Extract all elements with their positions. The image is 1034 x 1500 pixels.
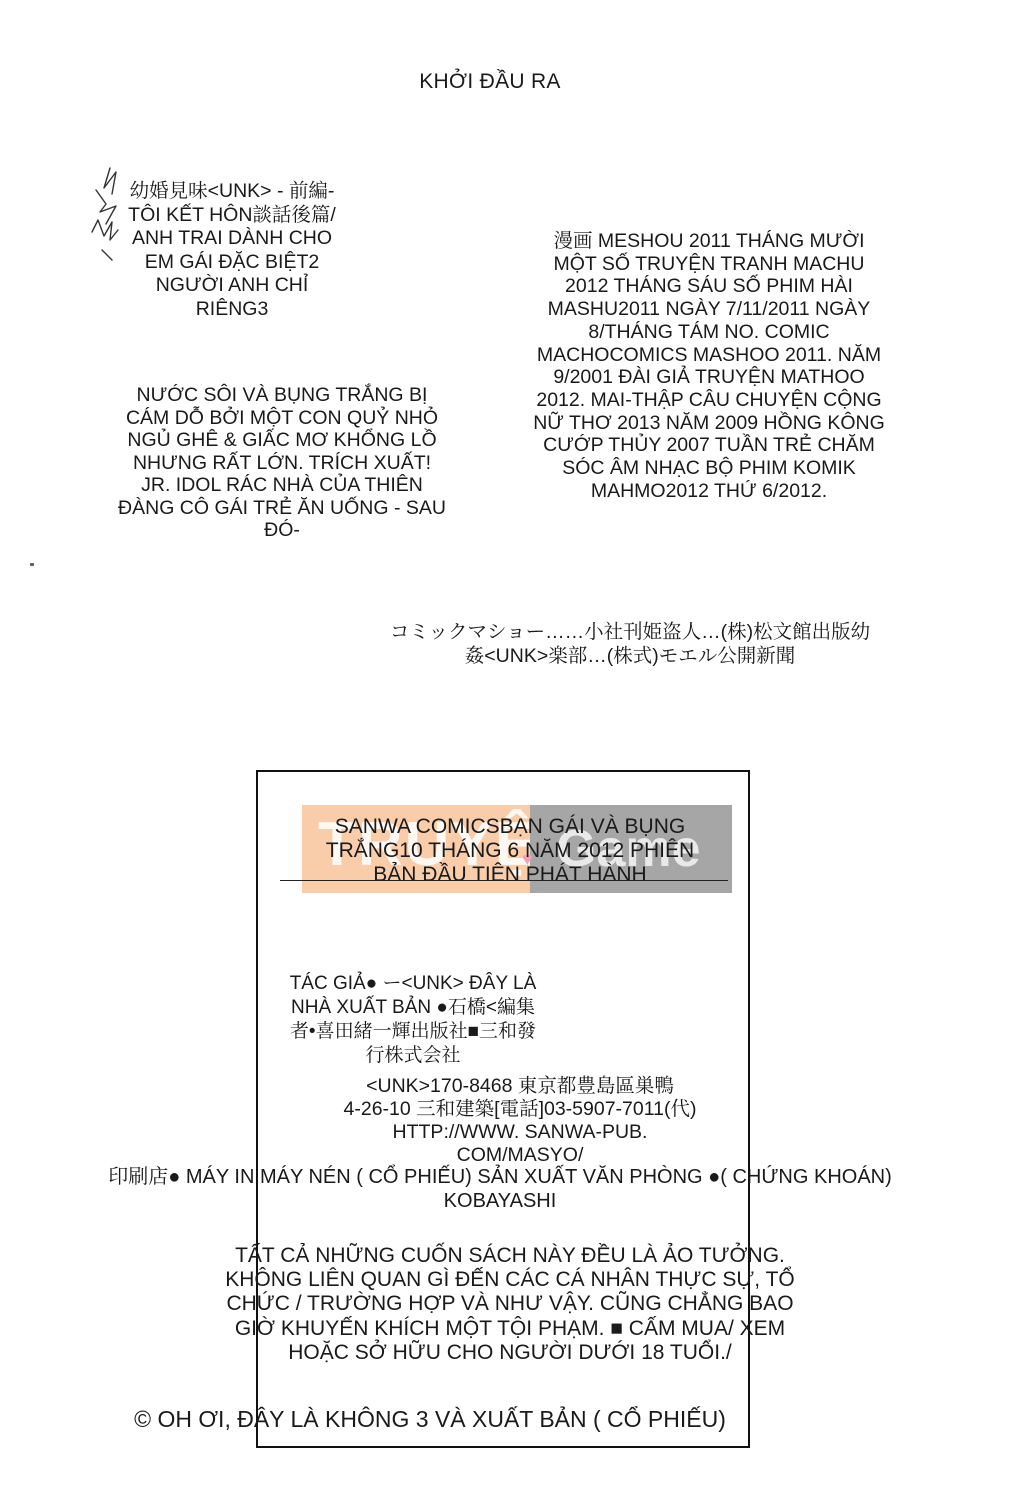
text-line: CHỨC / TRƯỜNG HỢP VÀ NHƯ VẬY. CŨNG CHẲNG… bbox=[180, 1292, 840, 1316]
text-line: RIÊNG3 bbox=[92, 298, 372, 322]
japanese-credits-block: コミックマショー……小社刊姫盗人…(株)松文館出版幼 姦<UNK>楽部…(株式)… bbox=[330, 620, 930, 668]
printer-credits: 印刷店● MÁY IN MÁY NÉN ( CỔ PHIẾU) SẢN XUẤT… bbox=[20, 1165, 980, 1213]
publication-history-block: 漫画 MESHOU 2011 THÁNG MƯỜI MỘT SỐ TRUYỆN … bbox=[494, 230, 924, 502]
text-line: NỮ THƠ 2013 NĂM 2009 HỒNG KÔNG bbox=[494, 412, 924, 435]
text-line: NHÀ XUẤT BẢN ●石橋<編集 bbox=[258, 996, 568, 1020]
publisher-address: <UNK>170-8468 東京都豊島區巣鴨 4-26-10 三和建築[電話]0… bbox=[300, 1075, 740, 1167]
text-line: SANWA COMICSBẠN GÁI VÀ BỤNG bbox=[280, 815, 740, 839]
text-line: BẢN ĐẦU TIÊN PHÁT HÀNH bbox=[280, 863, 740, 887]
text-line: MỘT SỐ TRUYỆN TRANH MACHU bbox=[494, 253, 924, 276]
text-line: 4-26-10 三和建築[電話]03-5907-7011(代) bbox=[300, 1098, 740, 1121]
text-line: ĐÀNG CÔ GÁI TRẺ ĂN UỐNG - SAU bbox=[82, 497, 482, 520]
text-line: TÁC GIẢ● ー<UNK> ĐÂY LÀ bbox=[258, 972, 568, 996]
text-line: 2012. MAI-THẬP CÂU CHUYỆN CỘNG bbox=[494, 389, 924, 412]
text-line: HTTP://WWW. SANWA-PUB. bbox=[300, 1121, 740, 1144]
title-list-block: 幼婚見味<UNK> - 前編- TÔI KẾT HÔN談話後篇/ ANH TRA… bbox=[92, 180, 372, 321]
scan-speck bbox=[30, 563, 34, 566]
staff-credits: TÁC GIẢ● ー<UNK> ĐÂY LÀ NHÀ XUẤT BẢN ●石橋<… bbox=[258, 972, 568, 1068]
text-line: コミックマショー……小社刊姫盗人…(株)松文館出版幼 bbox=[330, 620, 930, 644]
text-line: MACHOCOMICS MASHOO 2011. NĂM bbox=[494, 344, 924, 367]
text-line: KHÔNG LIÊN QUAN GÌ ĐẾN CÁC CÁ NHÂN THỰC … bbox=[180, 1268, 840, 1292]
text-line: TẤT CẢ NHỮNG CUỐN SÁCH NÀY ĐỀU LÀ ẢO TƯỞ… bbox=[180, 1244, 840, 1268]
text-line: NGƯỜI ANH CHỈ bbox=[92, 274, 372, 298]
text-line: JR. IDOL RÁC NHÀ CỦA THIÊN bbox=[82, 474, 482, 497]
text-line: 2012 THÁNG SÁU SỐ PHIM HÀI bbox=[494, 275, 924, 298]
text-line: COM/MASYO/ bbox=[300, 1144, 740, 1167]
fiction-disclaimer: TẤT CẢ NHỮNG CUỐN SÁCH NÀY ĐỀU LÀ ẢO TƯỞ… bbox=[180, 1244, 840, 1365]
text-line: 漫画 MESHOU 2011 THÁNG MƯỜI bbox=[494, 230, 924, 253]
copyright-line: © OH ƠI, ĐÂY LÀ KHÔNG 3 VÀ XUẤT BẢN ( CỔ… bbox=[60, 1405, 800, 1433]
text-line: CÁM DỖ BỞI MỘT CON QUỶ NHỎ bbox=[82, 407, 482, 430]
text-line: 行株式会社 bbox=[258, 1044, 568, 1068]
page-title: KHỞI ĐẦU RA bbox=[0, 70, 980, 94]
edition-info: SANWA COMICSBẠN GÁI VÀ BỤNG TRẮNG10 THÁN… bbox=[280, 815, 740, 887]
text-line: ANH TRAI DÀNH CHO bbox=[92, 227, 372, 251]
text-line: EM GÁI ĐẶC BIỆT2 bbox=[92, 251, 372, 275]
text-line: KOBAYASHI bbox=[20, 1189, 980, 1213]
text-line: MASHU2011 NGÀY 7/11/2011 NGÀY bbox=[494, 298, 924, 321]
text-line: 幼婚見味<UNK> - 前編- bbox=[92, 180, 372, 204]
text-line: TÔI KẾT HÔN談話後篇/ bbox=[92, 204, 372, 228]
text-line: 印刷店● MÁY IN MÁY NÉN ( CỔ PHIẾU) SẢN XUẤT… bbox=[20, 1165, 980, 1189]
text-line: HOẶC SỞ HỮU CHO NGƯỜI DƯỚI 18 TUỔI./ bbox=[180, 1341, 840, 1365]
text-line: GIỜ KHUYẾN KHÍCH MỘT TỘI PHẠM. ■ CẤM MUA… bbox=[180, 1317, 840, 1341]
text-line: NGỦ GHÊ & GIẤC MƠ KHỔNG LỒ bbox=[82, 429, 482, 452]
text-line: <UNK>170-8468 東京都豊島區巣鴨 bbox=[300, 1075, 740, 1098]
text-line: NHƯNG RẤT LỚN. TRÍCH XUẤT! bbox=[82, 452, 482, 475]
text-line: 姦<UNK>楽部…(株式)モエル公開新聞 bbox=[330, 644, 930, 668]
text-line: 8/THÁNG TÁM NO. COMIC bbox=[494, 321, 924, 344]
text-line: ĐÓ- bbox=[82, 519, 482, 542]
text-line: CƯỚP THỦY 2007 TUẦN TRẺ CHĂM bbox=[494, 434, 924, 457]
text-line: 者•喜田緒一輝出版社■三和發 bbox=[258, 1020, 568, 1044]
text-line: SÓC ÂM NHẠC BỘ PHIM KOMIK bbox=[494, 457, 924, 480]
edition-divider bbox=[280, 880, 728, 881]
text-line: NƯỚC SÔI VÀ BỤNG TRẮNG BỊ bbox=[82, 384, 482, 407]
text-line: 9/2001 ĐÀI GIẢ TRUYỆN MATHOO bbox=[494, 366, 924, 389]
text-line: TRẮNG10 THÁNG 6 NĂM 2012 PHIÊN bbox=[280, 839, 740, 863]
story-list-block: NƯỚC SÔI VÀ BỤNG TRẮNG BỊ CÁM DỖ BỞI MỘT… bbox=[82, 384, 482, 542]
text-line: MAHMO2012 THỨ 6/2012. bbox=[494, 480, 924, 503]
